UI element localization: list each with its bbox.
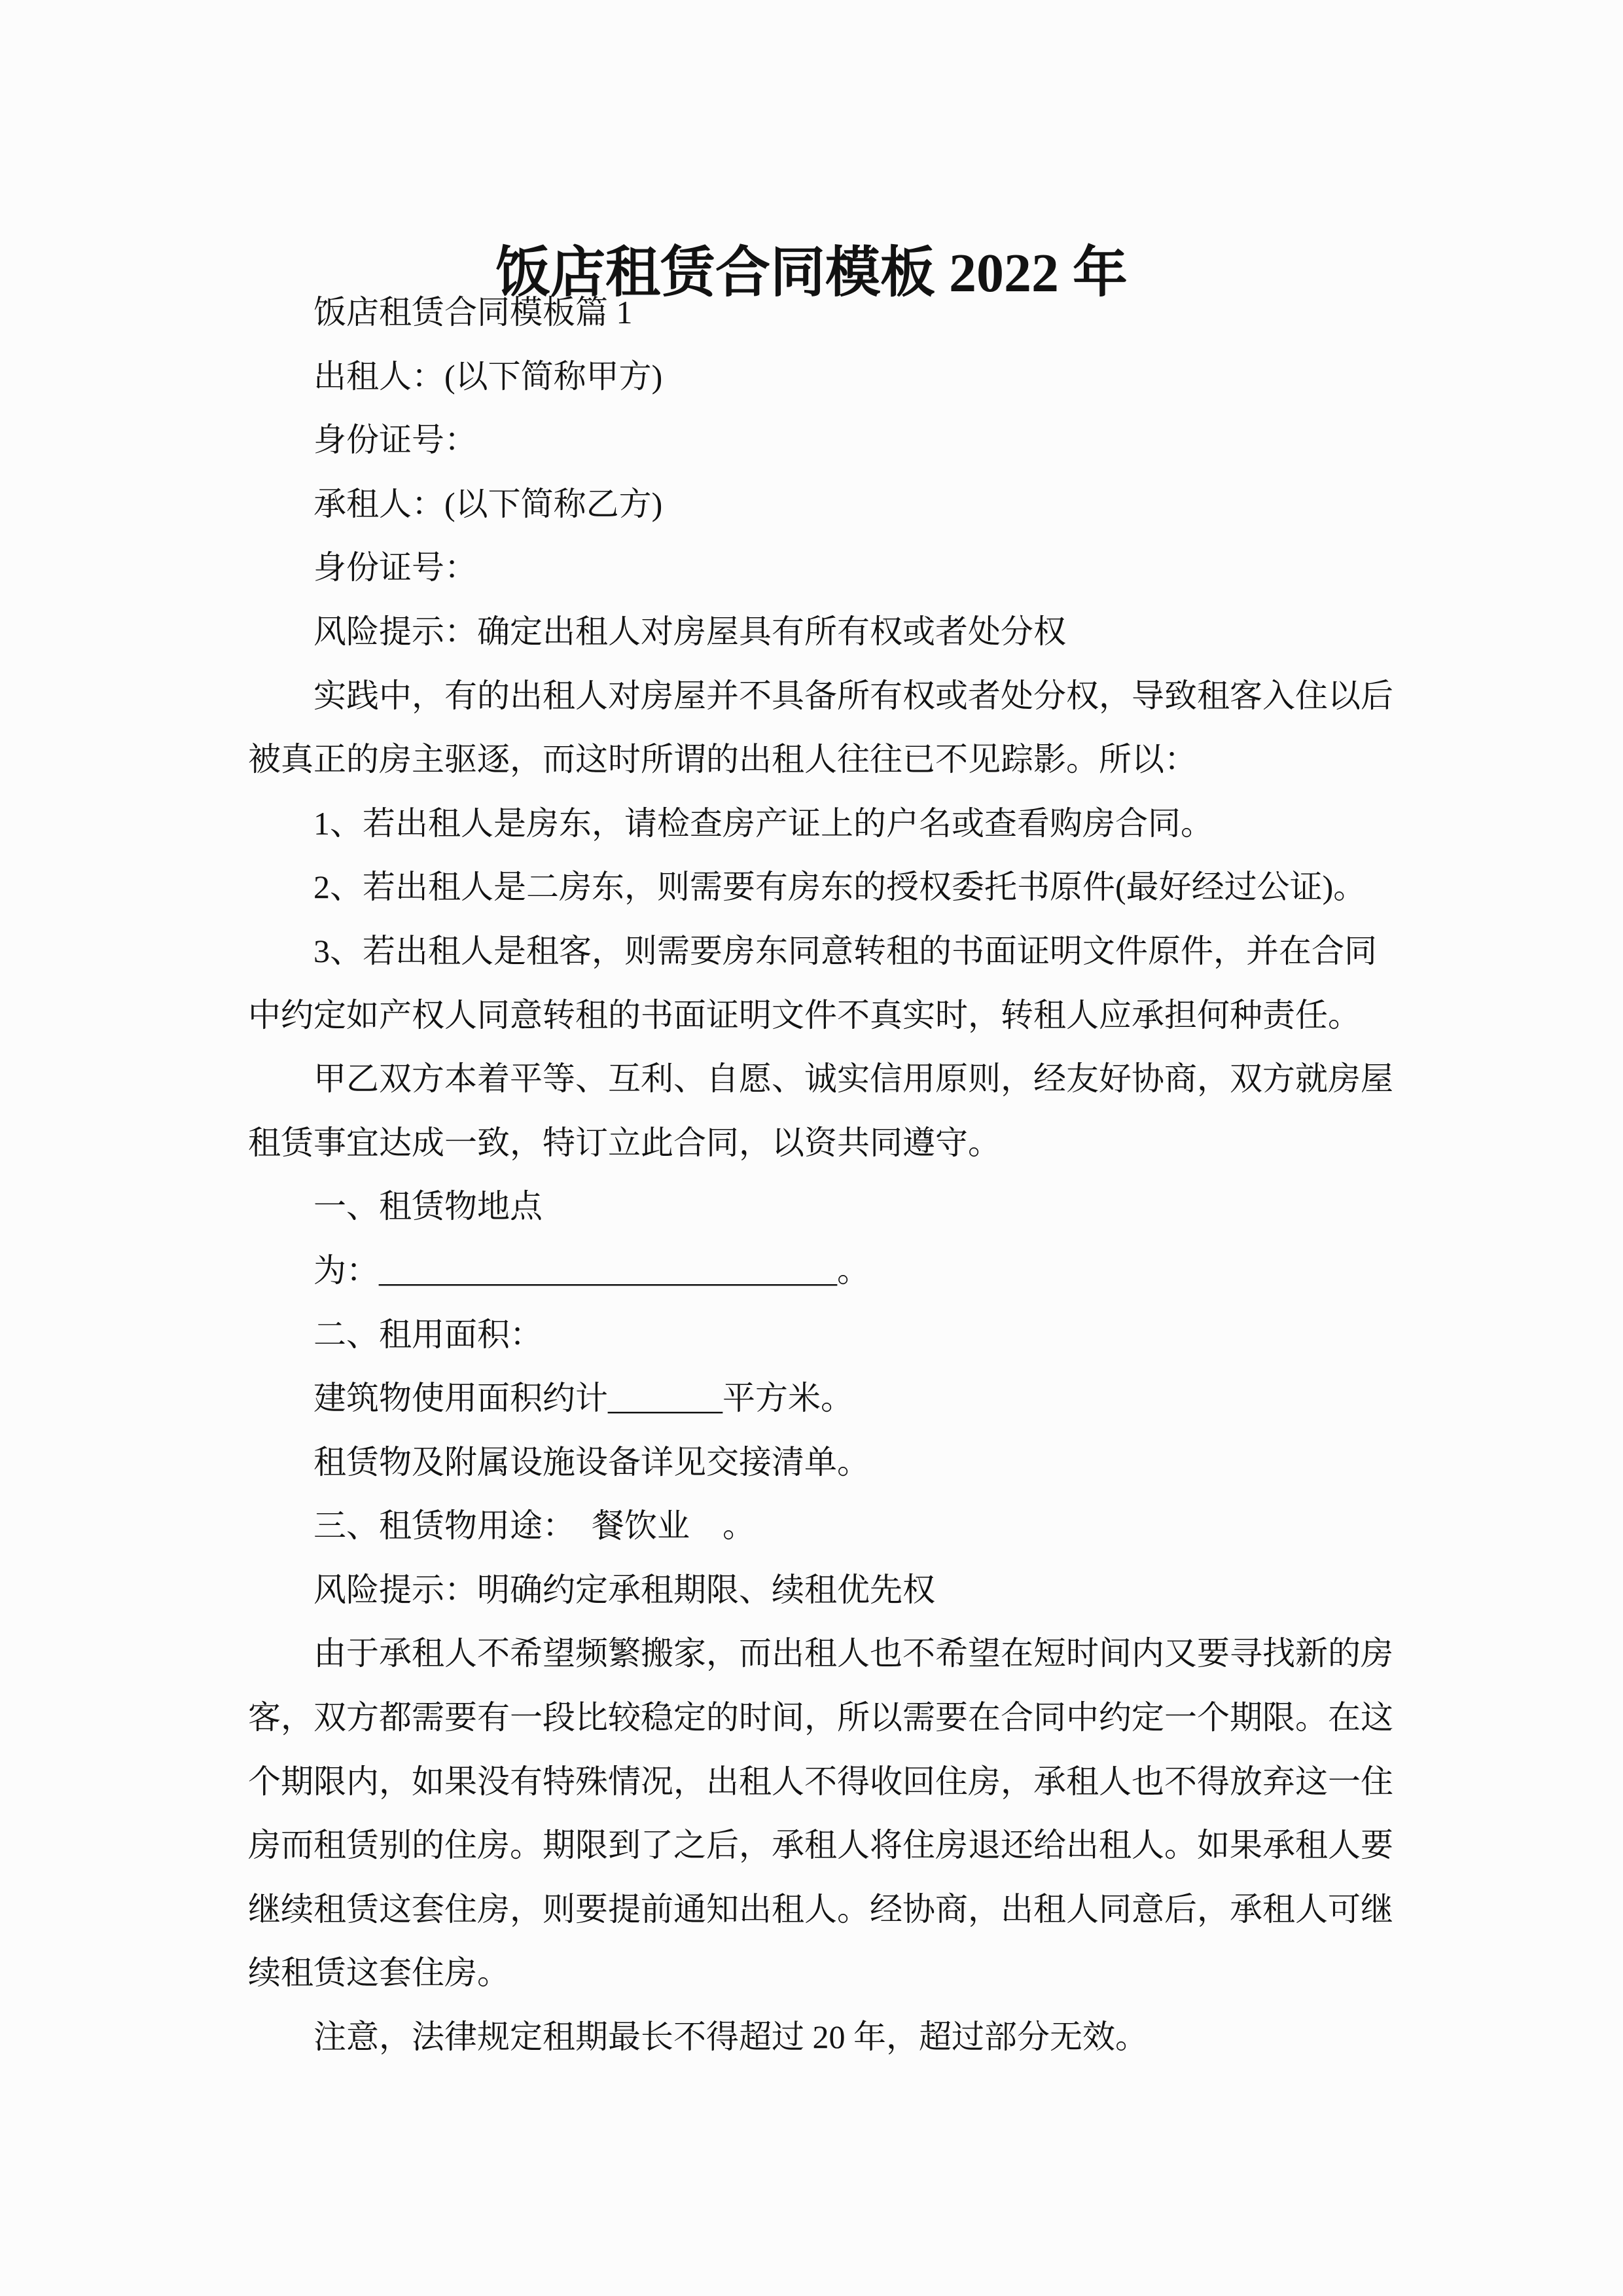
text-line: 出租人：(以下简称甲方) [248,345,1378,409]
text-line: 2、若出租人是二房东，则需要有房东的授权委托书原件(最好经过公证)。 [248,855,1378,920]
text-line: 承租人：(以下简称乙方) [248,473,1378,537]
text-line: 3、若出租人是租客，则需要房东同意转租的书面证明文件原件，并在合同 [248,920,1378,984]
text-line: 被真正的房主驱逐，而这时所谓的出租人往往已不见踪影。所以： [248,728,1378,792]
document-page: { "page": { "background": "#fcfcfc", "te… [0,0,1623,2296]
text-line: 注意，法律规定租期最长不得超过 20 年，超过部分无效。 [248,2005,1378,2070]
text-line: 甲乙双方本着平等、互利、自愿、诚实信用原则，经友好协商，双方就房屋 [248,1047,1378,1111]
text-line: 1、若出租人是房东，请检查房产证上的户名或查看购房合同。 [248,792,1378,856]
text-line: 一、租赁物地点 [248,1175,1378,1239]
text-line: 由于承租人不希望频繁搬家，而出租人也不希望在短时间内又要寻找新的房 [248,1622,1378,1686]
text-line: 为：____________________________。 [248,1239,1378,1303]
text-line: 个期限内，如果没有特殊情况，出租人不得收回住房，承租人也不得放弃这一住 [248,1750,1378,1814]
text-line: 建筑物使用面积约计_______平方米。 [248,1367,1378,1431]
text-line: 客，双方都需要有一段比较稳定的时间，所以需要在合同中约定一个期限。在这 [248,1686,1378,1750]
text-line: 继续租赁这套住房，则要提前通知出租人。经协商，出租人同意后，承租人可继 [248,1878,1378,1942]
text-line: 租赁事宜达成一致，特订立此合同，以资共同遵守。 [248,1111,1378,1175]
text-line: 风险提示：明确约定承租期限、续租优先权 [248,1558,1378,1623]
text-line: 身份证号： [248,408,1378,473]
text-line: 实践中，有的出租人对房屋并不具备所有权或者处分权，导致租客入住以后 [248,664,1378,728]
text-line: 二、租用面积： [248,1303,1378,1367]
text-line: 续租赁这套住房。 [248,1941,1378,2005]
text-line: 三、租赁物用途： 餐饮业 。 [248,1494,1378,1558]
document-body: 饭店租赁合同模板篇 1出租人：(以下简称甲方)身份证号：承租人：(以下简称乙方)… [248,281,1378,2070]
text-line: 饭店租赁合同模板篇 1 [248,281,1378,345]
text-line: 身份证号： [248,536,1378,600]
text-line: 房而租赁别的住房。期限到了之后，承租人将住房退还给出租人。如果承租人要 [248,1814,1378,1878]
text-line: 租赁物及附属设施设备详见交接清单。 [248,1431,1378,1495]
text-line: 风险提示：确定出租人对房屋具有所有权或者处分权 [248,600,1378,664]
text-line: 中约定如产权人同意转租的书面证明文件不真实时，转租人应承担何种责任。 [248,984,1378,1048]
